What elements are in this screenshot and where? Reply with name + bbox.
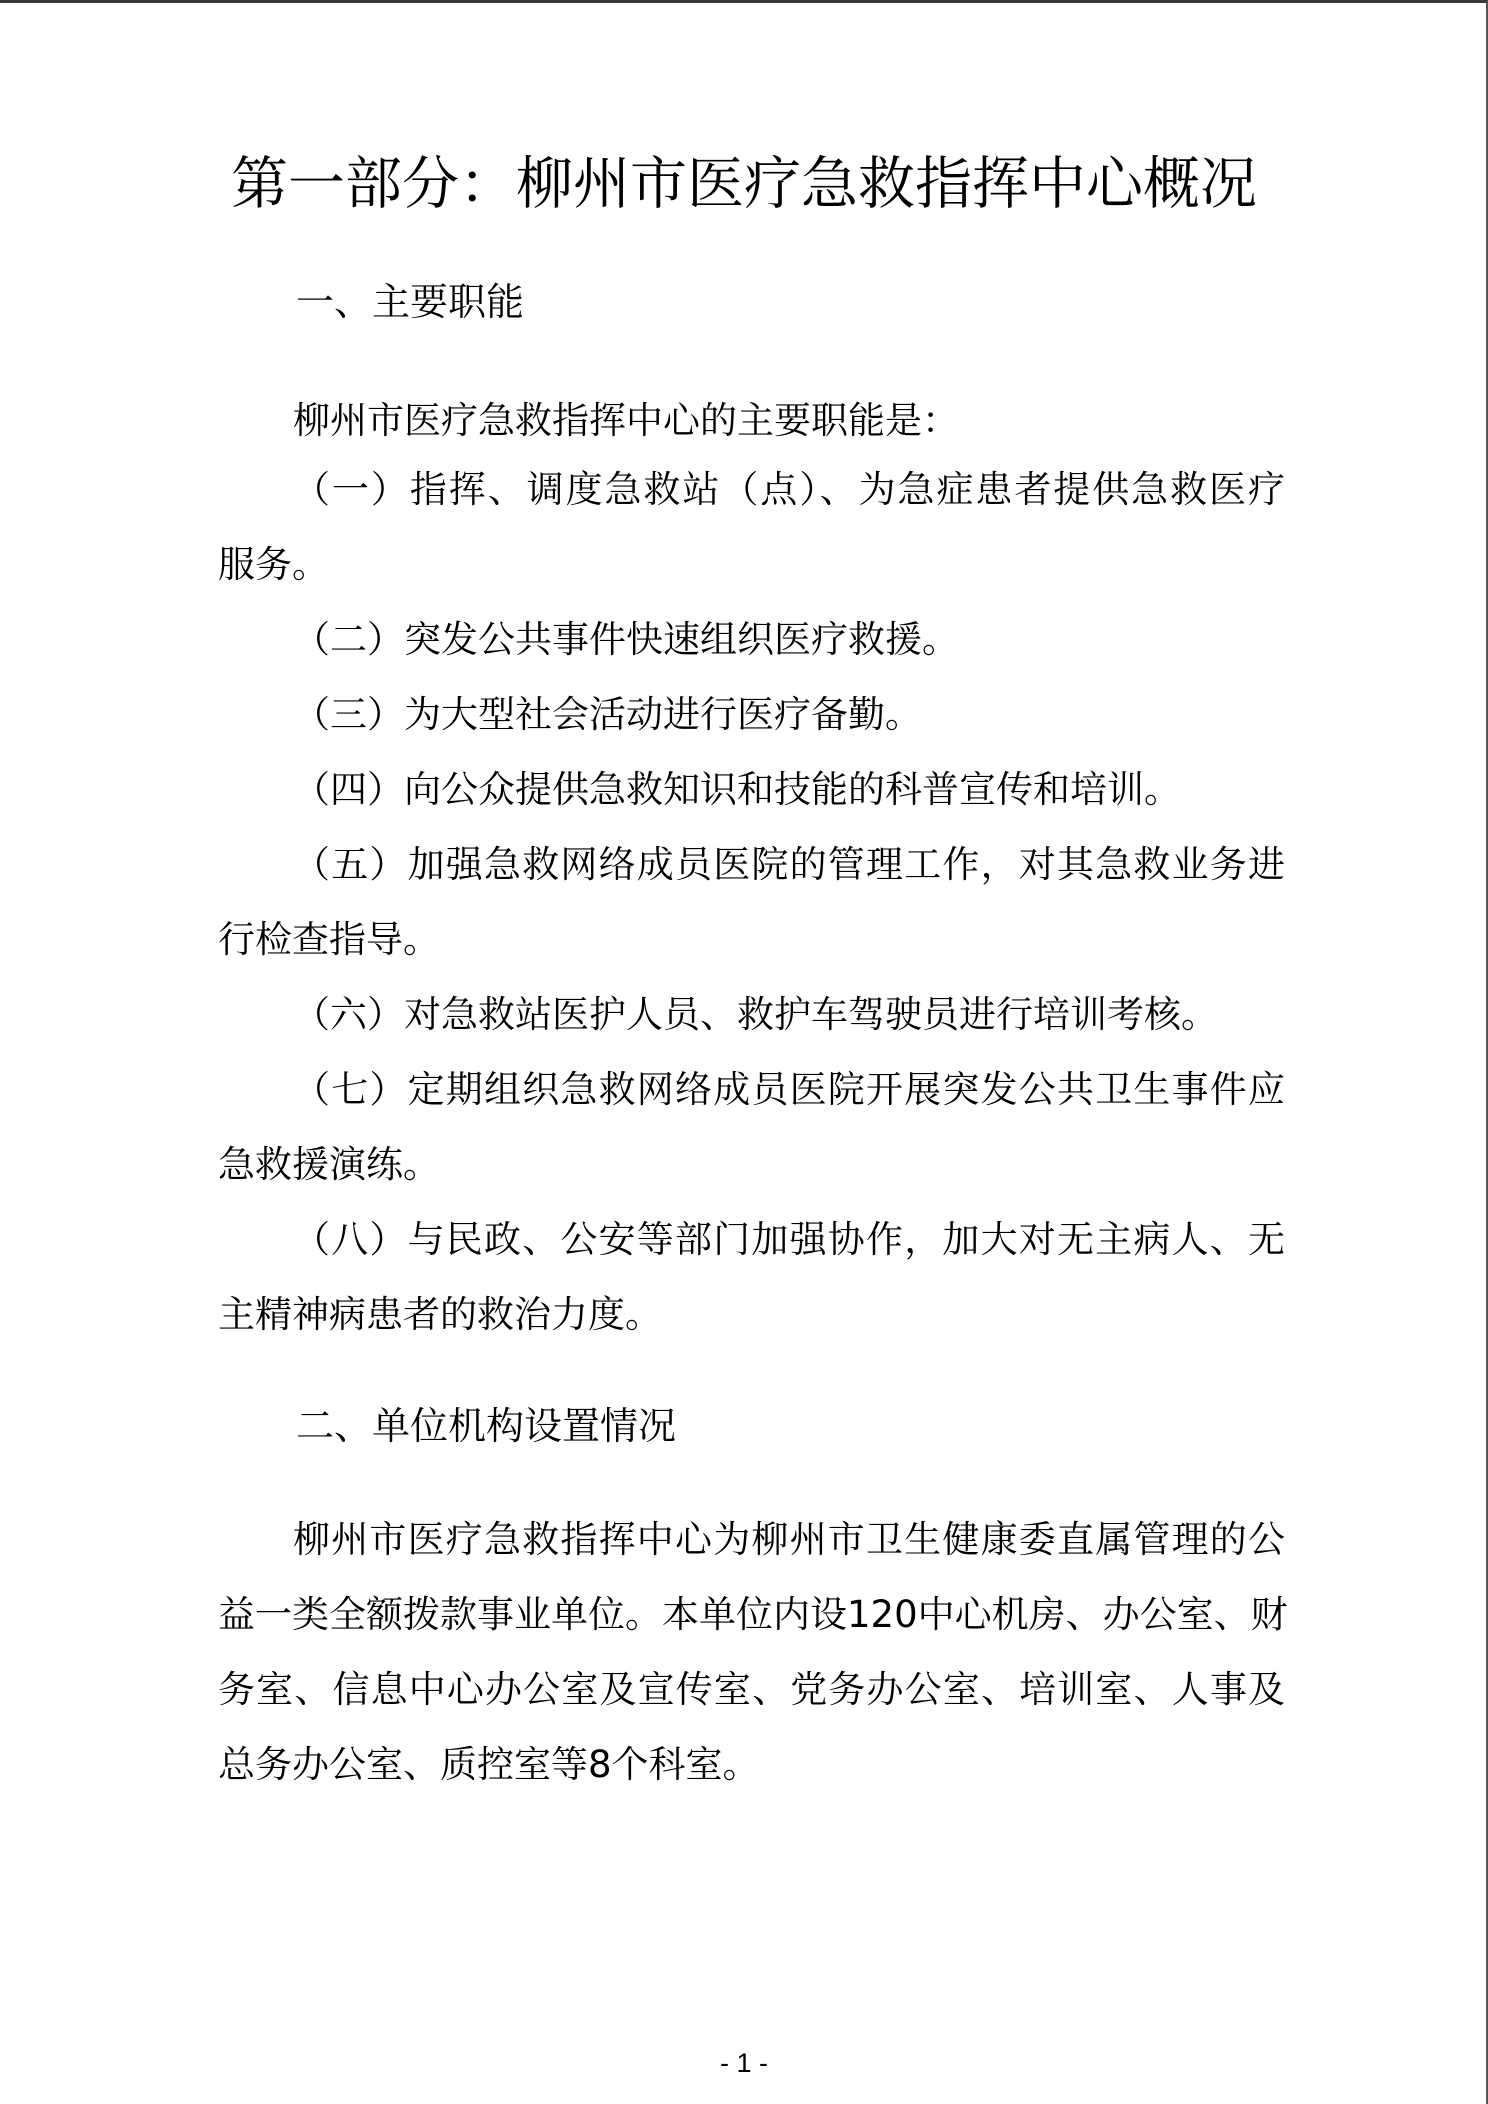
document-page: 第一部分：柳州市医疗急救指挥中心概况 一、主要职能 柳州市医疗急救指挥中心的主要…: [0, 0, 1488, 2104]
org-paragraph-line-1: 柳州市医疗急救指挥中心为柳州市卫生健康委直属管理的公: [293, 1515, 1285, 1565]
function-item-8-line-2: 主精神病患者的救治力度。: [218, 1290, 662, 1340]
org-paragraph-line-3: 务室、信息中心办公室及宣传室、党务办公室、培训室、人事及: [218, 1665, 1285, 1715]
function-item-8-line-1: （八）与民政、公安等部门加强协作，加大对无主病人、无: [293, 1215, 1285, 1265]
function-item-3: （三）为大型社会活动进行医疗备勤。: [293, 690, 922, 740]
org-paragraph-line-4: 总务办公室、质控室等8个科室。: [218, 1740, 760, 1790]
function-item-5-line-2: 行检查指导。: [218, 915, 440, 965]
function-item-6: （六）对急救站医护人员、救护车驾驶员进行培训考核。: [293, 990, 1218, 1040]
function-item-5-line-1: （五）加强急救网络成员医院的管理工作，对其急救业务进: [293, 840, 1285, 890]
section-intro: 柳州市医疗急救指挥中心的主要职能是：: [293, 396, 959, 446]
function-item-7-line-2: 急救援演练。: [218, 1140, 440, 1190]
function-item-1-line-1: （一）指挥、调度急救站（点）、为急症患者提供急救医疗: [293, 465, 1285, 515]
section-heading-org-structure: 二、单位机构设置情况: [296, 1401, 676, 1451]
function-item-4: （四）向公众提供急救知识和技能的科普宣传和培训。: [293, 765, 1181, 815]
document-title: 第一部分：柳州市医疗急救指挥中心概况: [0, 149, 1488, 219]
section-heading-main-functions: 一、主要职能: [296, 277, 524, 327]
page-number: - 1 -: [0, 2045, 1488, 2081]
function-item-2: （二）突发公共事件快速组织医疗救援。: [293, 615, 959, 665]
org-paragraph-line-2: 益一类全额拨款事业单位。本单位内设120中心机房、办公室、财: [218, 1590, 1285, 1640]
function-item-1-line-2: 服务。: [218, 540, 329, 590]
function-item-7-line-1: （七）定期组织急救网络成员医院开展突发公共卫生事件应: [293, 1065, 1285, 1115]
